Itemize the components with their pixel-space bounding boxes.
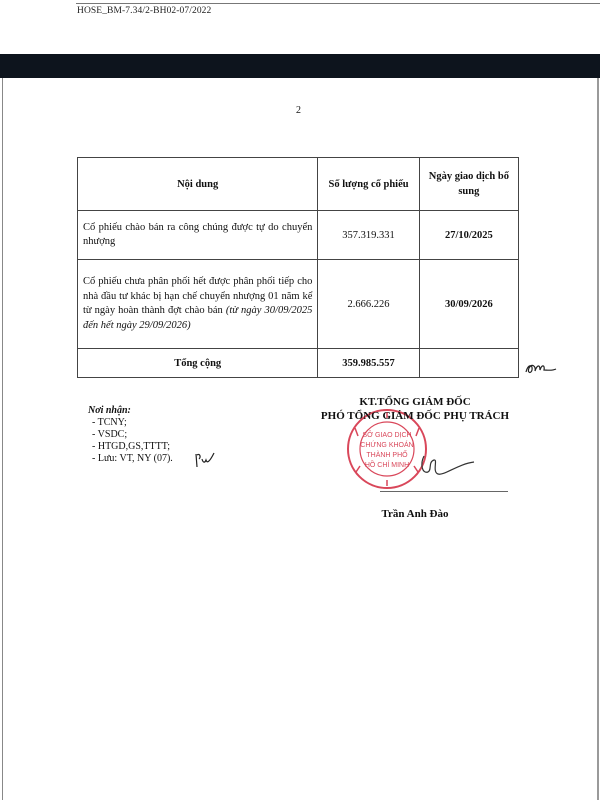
header-date: Ngày giao dịch bổ sung <box>419 158 518 211</box>
row-description: Cổ phiếu chào bán ra công chúng được tự … <box>78 211 318 260</box>
signature-title-block: KT.TỔNG GIÁM ĐỐC PHÓ TỔNG GIÁM ĐỐC PHỤ T… <box>300 395 530 423</box>
recipient-item: Lưu: VT, NY (07). <box>92 453 173 465</box>
table-header-row: Nội dung Số lượng cổ phiếu Ngày giao dịc… <box>78 158 519 211</box>
signer-name: Trần Anh Đào <box>300 508 530 520</box>
header-rule <box>76 3 600 4</box>
total-quantity: 359.985.557 <box>318 349 419 378</box>
signature-title-line1: KT.TỔNG GIÁM ĐỐC <box>300 395 530 409</box>
share-listing-table: Nội dung Số lượng cổ phiếu Ngày giao dịc… <box>77 157 519 378</box>
previous-page-fragment: HOSE_BM-7.34/2-BH02-07/2022 <box>0 0 600 54</box>
page-number: 2 <box>296 105 301 116</box>
row-date: 30/09/2026 <box>419 260 518 349</box>
svg-text:SỞ GIAO DỊCH: SỞ GIAO DỊCH <box>362 430 411 439</box>
recipients-block: Nơi nhận: TCNY; VSDC; HTGD,GS,TTTT; Lưu:… <box>88 405 173 465</box>
initials-mark-icon <box>194 451 216 474</box>
recipients-list: TCNY; VSDC; HTGD,GS,TTTT; Lưu: VT, NY (0… <box>88 417 173 465</box>
recipient-item: TCNY; <box>92 417 173 429</box>
svg-text:THÀNH PHỐ: THÀNH PHỐ <box>366 449 408 459</box>
row-quantity: 2.666.226 <box>318 260 419 349</box>
svg-text:HỒ CHÍ MINH: HỒ CHÍ MINH <box>365 459 409 469</box>
total-date <box>419 349 518 378</box>
row-description: Cổ phiếu chưa phân phối hết được phân ph… <box>78 260 318 349</box>
table-row: Cổ phiếu chưa phân phối hết được phân ph… <box>78 260 519 349</box>
signature-line <box>380 491 508 492</box>
row-date: 27/10/2025 <box>419 211 518 260</box>
header-quantity: Số lượng cổ phiếu <box>318 158 419 211</box>
page-separator <box>0 54 600 78</box>
table-row: Cổ phiếu chào bán ra công chúng được tự … <box>78 211 519 260</box>
recipients-title: Nơi nhận: <box>88 405 173 417</box>
row-quantity: 357.319.331 <box>318 211 419 260</box>
table-total-row: Tổng cộng 359.985.557 <box>78 349 519 378</box>
form-code: HOSE_BM-7.34/2-BH02-07/2022 <box>77 6 211 16</box>
initials-mark-icon <box>524 358 560 381</box>
recipient-item: HTGD,GS,TTTT; <box>92 441 173 453</box>
svg-text:CHỨNG KHOÁN: CHỨNG KHOÁN <box>360 440 413 449</box>
total-label: Tổng cộng <box>78 349 318 378</box>
handwritten-signature-icon <box>418 450 478 485</box>
header-content: Nội dung <box>78 158 318 211</box>
signature-title-line2: PHÓ TỔNG GIÁM ĐỐC PHỤ TRÁCH <box>300 409 530 423</box>
recipient-item: VSDC; <box>92 429 173 441</box>
